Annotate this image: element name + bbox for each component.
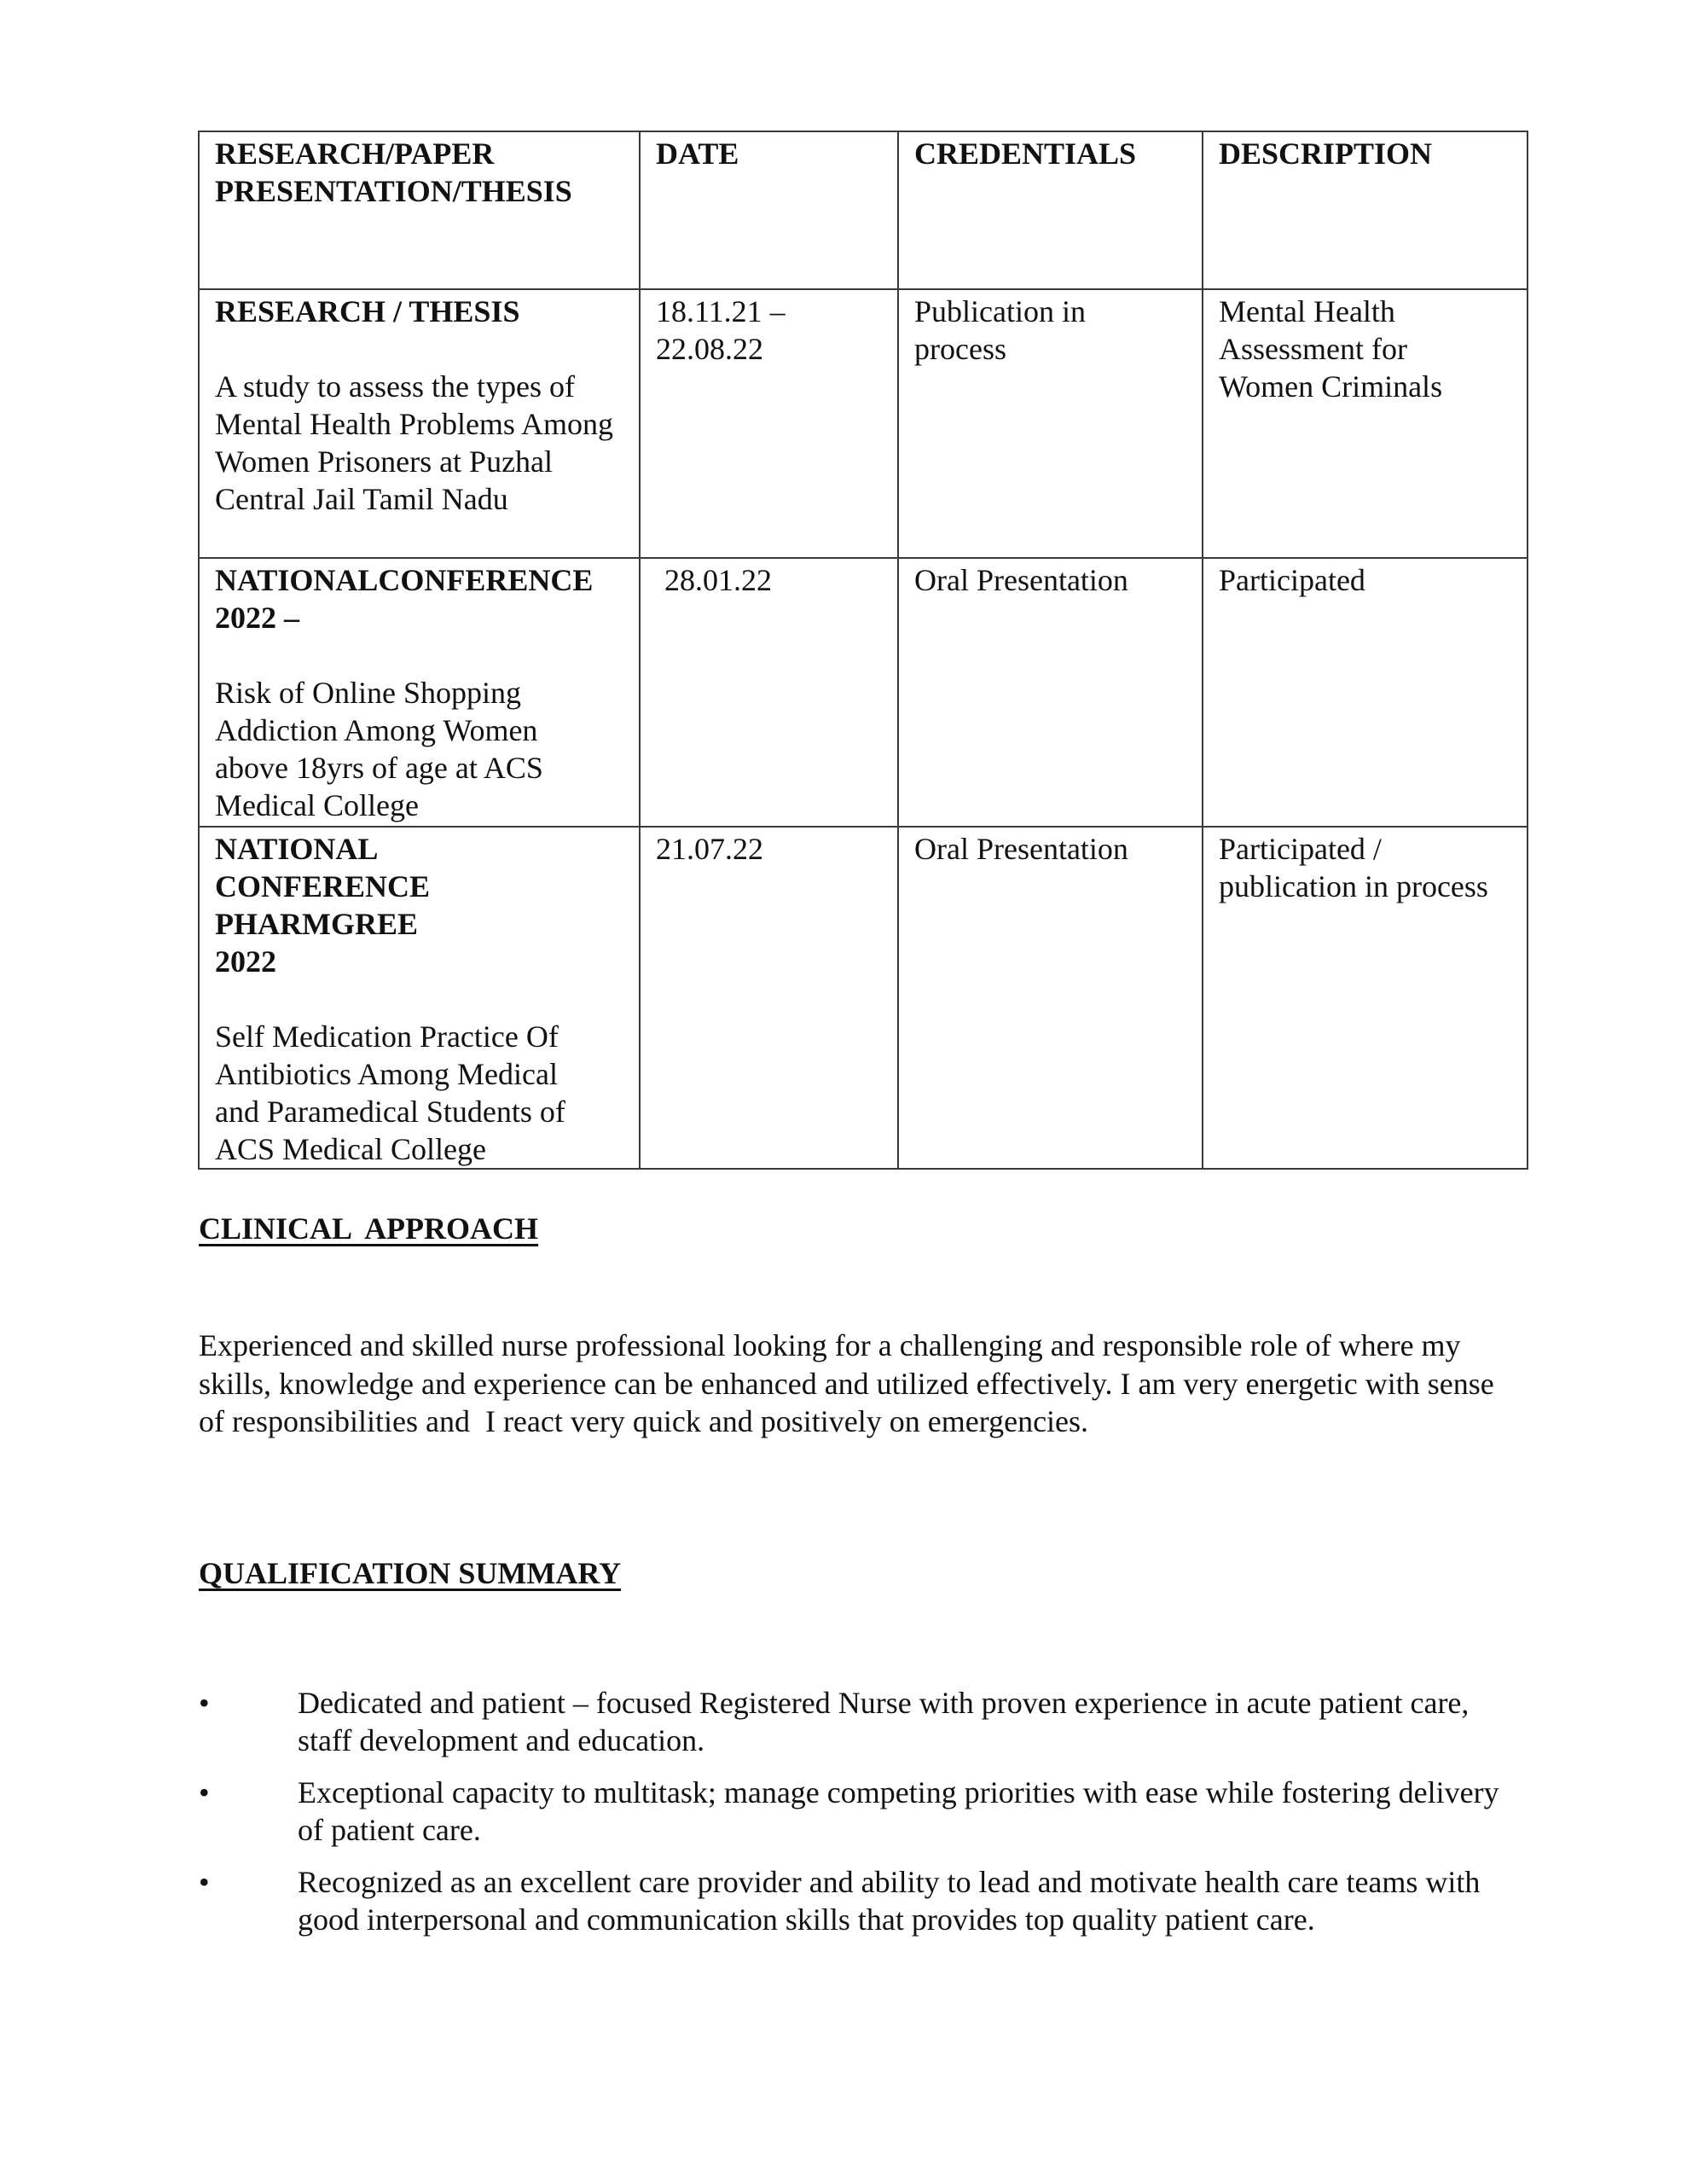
row-category: NATIONAL CONFERENCE PHARMGREE 2022 <box>215 830 437 980</box>
qualification-list: • Dedicated and patient – focused Regist… <box>199 1684 1516 1953</box>
date-cell: 21.07.22 <box>640 827 898 1169</box>
credentials-cell: Oral Presentation <box>898 558 1203 827</box>
table-header-row: RESEARCH/PAPER PRESENTATION/THESIS DATE … <box>199 131 1528 289</box>
credentials-cell: Publication in process <box>898 289 1203 558</box>
header-date: DATE <box>640 131 898 289</box>
table-row: NATIONAL CONFERENCE PHARMGREE 2022 Self … <box>199 827 1528 1169</box>
header-credentials: CREDENTIALS <box>898 131 1203 289</box>
list-item: • Exceptional capacity to multitask; man… <box>199 1774 1516 1849</box>
row-category: NATIONALCONFERENCE 2022 – <box>215 561 428 636</box>
list-item-text: Dedicated and patient – focused Register… <box>298 1686 1469 1757</box>
clinical-approach-text: Experienced and skilled nurse profession… <box>199 1327 1516 1441</box>
list-item: • Dedicated and patient – focused Regist… <box>199 1684 1516 1759</box>
description-cell: Participated / publication in process <box>1203 827 1528 1169</box>
research-cell: RESEARCH / THESIS A study to assess the … <box>199 289 640 558</box>
table-row: RESEARCH / THESIS A study to assess the … <box>199 289 1528 558</box>
list-item-text: Recognized as an excellent care provider… <box>298 1865 1480 1937</box>
row-topic: A study to assess the types of Mental He… <box>215 368 623 518</box>
table-row: NATIONALCONFERENCE 2022 – Risk of Online… <box>199 558 1528 827</box>
description-cell: Participated <box>1203 558 1528 827</box>
list-item-text: Exceptional capacity to multitask; manag… <box>298 1775 1499 1847</box>
date-cell: 28.01.22 <box>640 558 898 827</box>
header-description: DESCRIPTION <box>1203 131 1528 289</box>
row-topic: Self Medication Practice Of Antibiotics … <box>215 1018 623 1168</box>
credentials-cell: Oral Presentation <box>898 827 1203 1169</box>
bullet-icon: • <box>199 1684 216 1722</box>
bullet-icon: • <box>199 1863 216 1901</box>
research-cell: NATIONALCONFERENCE 2022 – Risk of Online… <box>199 558 640 827</box>
row-topic: Risk of Online Shopping Addiction Among … <box>215 674 634 824</box>
list-item: • Recognized as an excellent care provid… <box>199 1863 1516 1938</box>
header-research: RESEARCH/PAPER PRESENTATION/THESIS <box>199 131 640 289</box>
date-cell: 18.11.21 – 22.08.22 <box>640 289 898 558</box>
description-cell: Mental Health Assessment for Women Crimi… <box>1203 289 1528 558</box>
qualification-summary-heading: QUALIFICATION SUMMARY <box>199 1554 621 1592</box>
research-table: RESEARCH/PAPER PRESENTATION/THESIS DATE … <box>198 131 1528 1170</box>
row-category: RESEARCH / THESIS <box>215 293 623 330</box>
bullet-icon: • <box>199 1774 216 1811</box>
research-cell: NATIONAL CONFERENCE PHARMGREE 2022 Self … <box>199 827 640 1169</box>
clinical-approach-heading: CLINICAL APPROACH <box>199 1210 538 1247</box>
